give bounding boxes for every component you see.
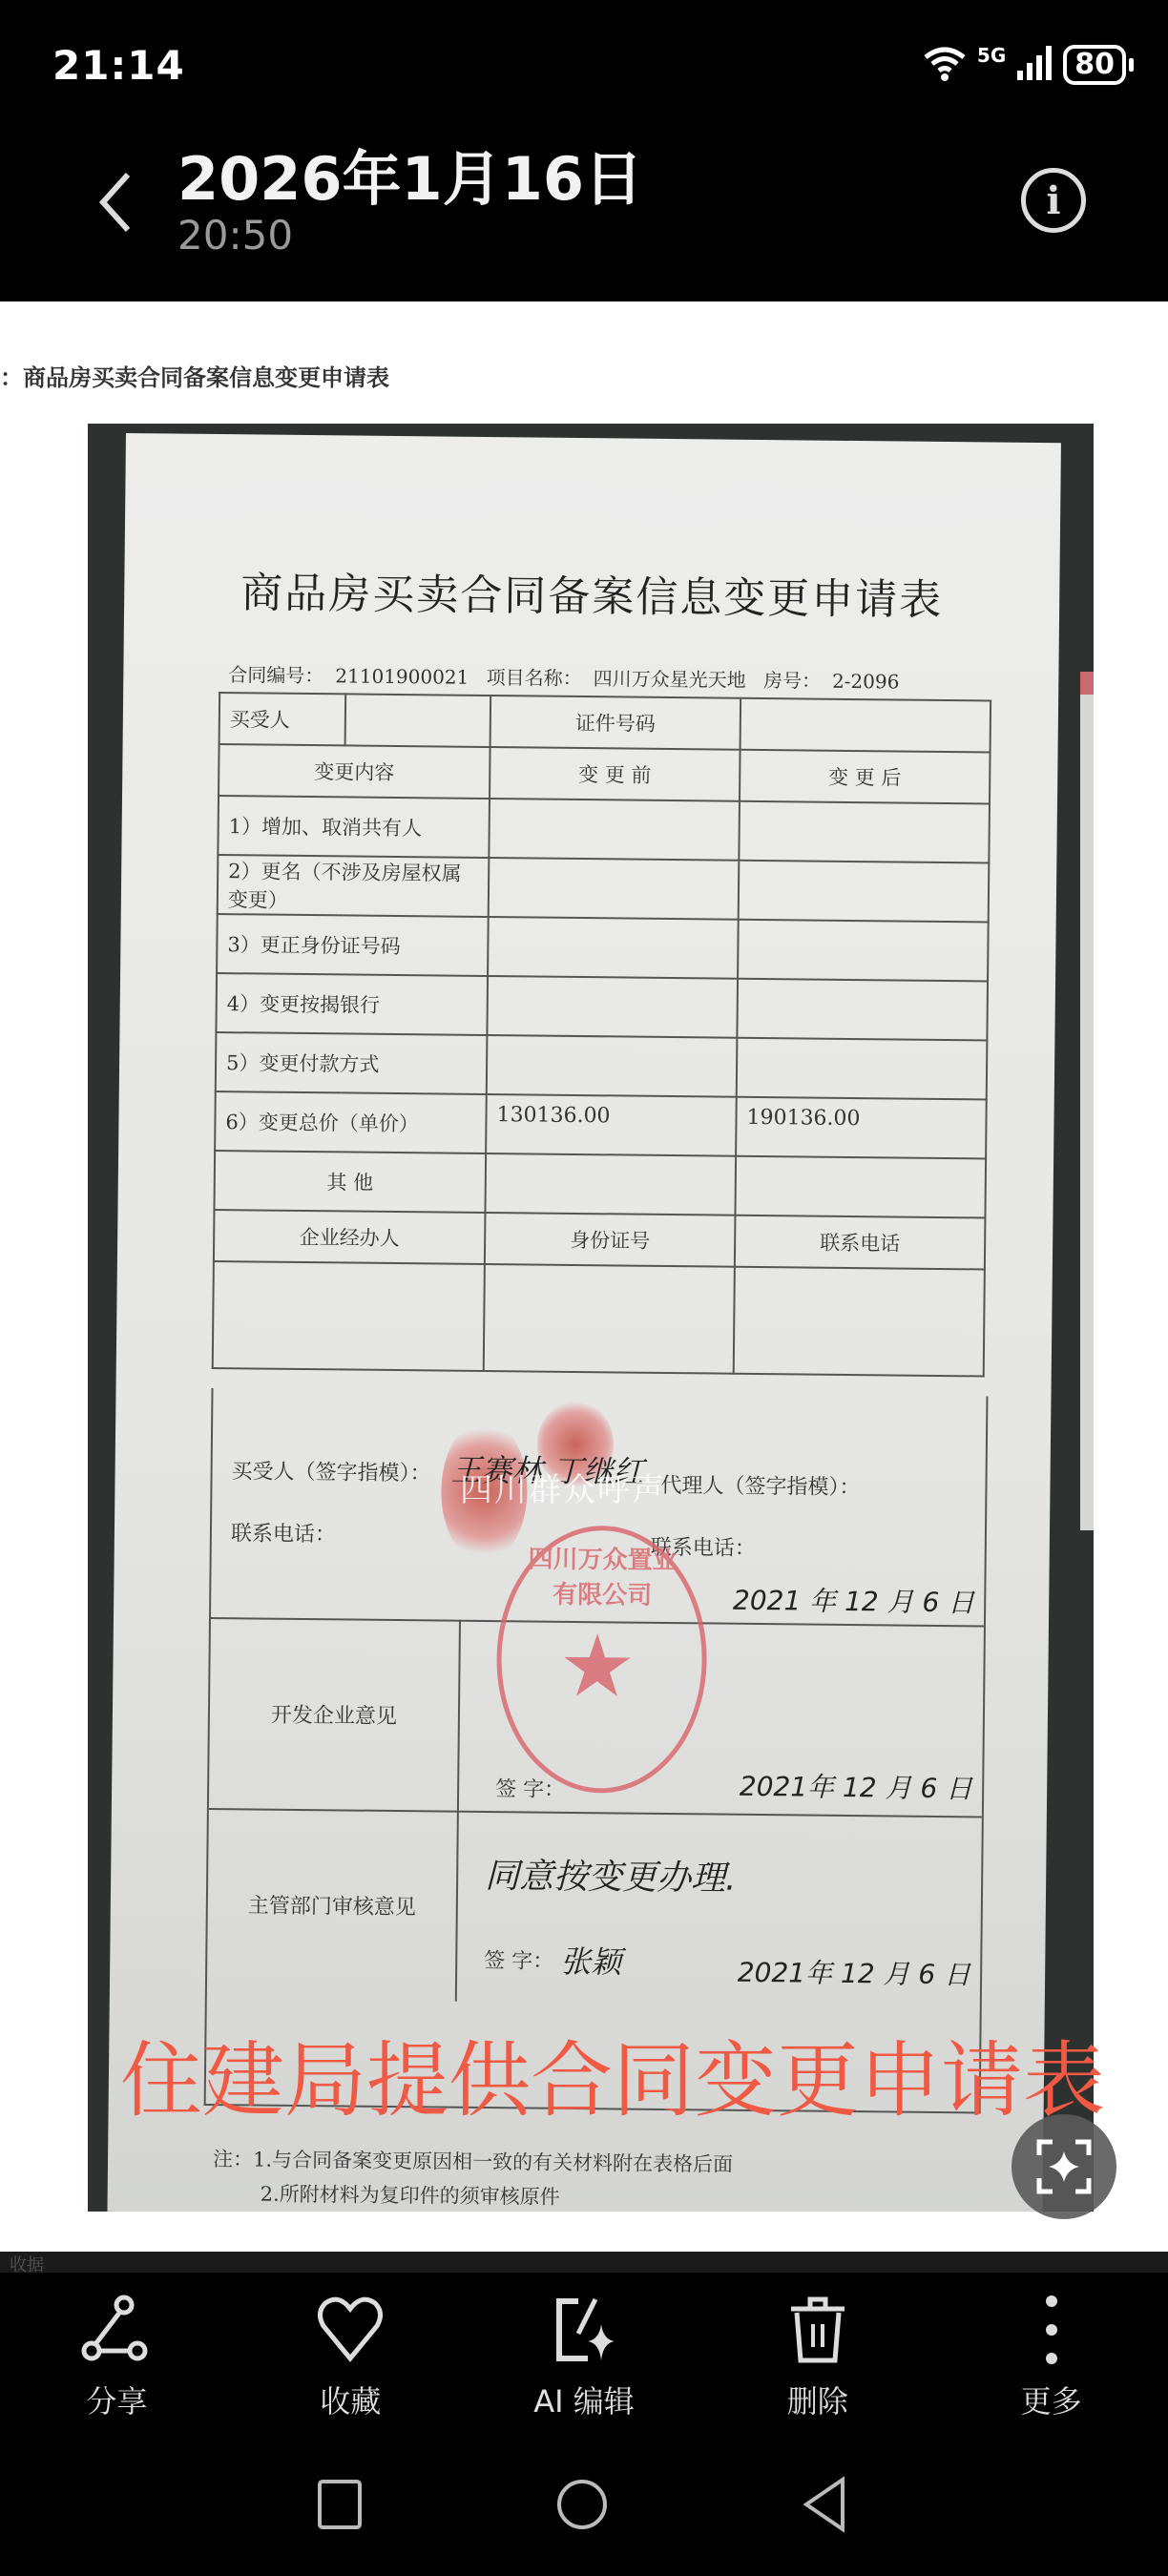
dept-opinion: 同意按变更办理. (485, 1849, 737, 1901)
circle-icon (555, 2478, 609, 2531)
image-viewer[interactable]: ：商品房买卖合同备案信息变更申请表 商品房买卖合同备案信息变更申请表 合同编号：… (0, 301, 1168, 2252)
value-after (738, 920, 989, 982)
chevron-left-icon (95, 169, 134, 236)
table-row: 4）变更按揭银行 (216, 973, 988, 1040)
more-button[interactable]: 更多 (934, 2273, 1168, 2435)
more-icon (1013, 2292, 1090, 2368)
change-item: 3）更正身份证号码 (217, 914, 489, 976)
buyer-sign-label: 买受人（签字指模）： (231, 1455, 430, 1486)
battery-indicator: 80 (1063, 45, 1126, 85)
developer-label: 开发企业意见 (209, 1617, 461, 1811)
strip-caption: 收据 (0, 2252, 1168, 2273)
buyer-phone-label: 联系电话： (231, 1517, 336, 1548)
table-row: 2）更名（不涉及房屋权属变更） (218, 855, 990, 922)
info-button[interactable]: i (1021, 168, 1086, 233)
value-after (735, 1156, 986, 1218)
wifi-icon (922, 44, 968, 86)
value-after (739, 801, 990, 863)
form-meta: 合同编号：21101900021 项目名称：四川万众星光天地 房号：2-2096 (228, 659, 910, 694)
change-item: 6）变更总价（单价） (215, 1091, 487, 1153)
trash-icon (780, 2292, 856, 2368)
dept-date: 2021年 12 月 6 日 (738, 1952, 971, 1993)
share-button[interactable]: 分享 (0, 2273, 234, 2435)
change-item: 4）变更按揭银行 (216, 973, 488, 1035)
value-before (487, 1035, 738, 1097)
note-1: 注：1.与合同备案变更原因相一致的有关材料附在表格后面 (213, 2142, 733, 2182)
agent-header: 企业经办人 (214, 1210, 486, 1264)
favorite-button[interactable]: 收藏 (234, 2273, 468, 2435)
form-title: 商品房买卖合同备案信息变更申请表 (124, 557, 1060, 628)
dept-signature: 张颖 (560, 1938, 621, 1983)
overlay-caption: 住建局提供合同变更申请表 (57, 2038, 1168, 2124)
project-name: 四川万众星光天地 (594, 667, 746, 692)
delete-label: 删除 (787, 2378, 848, 2421)
bottom-toolbar: 分享 收藏 AI 编辑 删除 更多 (0, 2273, 1168, 2435)
back-nav-button[interactable] (796, 2471, 853, 2538)
signal-icon (1015, 44, 1053, 86)
agent-phone-header: 联系电话 (735, 1215, 986, 1270)
delete-button[interactable]: 删除 (700, 2273, 934, 2435)
ai-edit-icon (546, 2292, 622, 2368)
agent-sign-label: 代理人（签字指模）： (660, 1469, 860, 1501)
id-label: 证件号码 (490, 696, 741, 750)
note-2: 2.所附材料为复印件的须审核原件 (212, 2176, 732, 2212)
ai-scan-icon (1033, 2136, 1095, 2197)
status-bar: 21:14 5G 80 (0, 0, 1168, 134)
header-after: 变 更 后 (740, 750, 991, 804)
home-button[interactable] (553, 2471, 611, 2538)
value-after: 190136.00 (736, 1097, 987, 1159)
triangle-back-icon (801, 2476, 848, 2533)
seal-text: 四川万众置业有限公司 (521, 1539, 684, 1611)
value-after (737, 979, 988, 1041)
value-after (739, 861, 990, 923)
change-item: 2）更名（不涉及房屋权属变更） (218, 855, 490, 917)
dept-label: 主管部门审核意见 (207, 1808, 459, 2002)
status-time: 21:14 (52, 42, 185, 89)
heart-icon (312, 2292, 388, 2368)
change-item: 5）变更付款方式 (216, 1032, 488, 1094)
back-button[interactable] (86, 155, 143, 250)
room-no: 2-2096 (832, 670, 900, 694)
status-icons: 5G 80 (922, 44, 1126, 86)
ai-edit-button[interactable]: AI 编辑 (468, 2273, 701, 2435)
header-change-item: 变更内容 (219, 744, 490, 799)
form-notes: 注：1.与合同备案变更原因相一致的有关材料附在表格后面 2.所附材料为复印件的须… (212, 2142, 733, 2212)
header-before: 变 更 前 (490, 747, 740, 801)
smart-recognition-button[interactable] (1012, 2114, 1116, 2219)
value-after (737, 1038, 988, 1100)
ai-edit-label: AI 编辑 (533, 2378, 635, 2421)
buyer-label: 买受人 (219, 693, 346, 745)
background-paper (1080, 672, 1094, 1530)
table-row: 1）增加、取消共有人 (218, 796, 990, 862)
change-item: 1）增加、取消共有人 (218, 796, 490, 858)
system-nav-bar (0, 2462, 1168, 2566)
table-row: 3）更正身份证号码 (217, 914, 989, 981)
value-before (488, 917, 739, 979)
change-form-table: 买受人 证件号码 变更内容 变 更 前 变 更 后 1）增加、取消共有人2）更名… (212, 692, 991, 1377)
favorite-label: 收藏 (320, 2378, 381, 2421)
contract-no-label: 合同编号： (228, 663, 323, 687)
value-before: 130136.00 (486, 1094, 737, 1156)
table-row: 6）变更总价（单价）130136.00190136.00 (215, 1091, 987, 1158)
dept-sign-label: 签 字： (484, 1944, 553, 1975)
value-before (489, 858, 740, 920)
dept-review-block: 主管部门审核意见 同意按变更办理. 签 字： 张颖 2021年 12 月 6 日 (207, 1808, 982, 2006)
value-before (489, 799, 740, 861)
more-label: 更多 (1021, 2378, 1082, 2421)
value-before (487, 976, 738, 1038)
document-photo: 商品房买卖合同备案信息变更申请表 合同编号：21101900021 项目名称：四… (88, 424, 1094, 2212)
watermark: 四川群众呼声 (460, 1464, 666, 1510)
network-type: 5G (977, 44, 1006, 67)
square-icon (316, 2478, 364, 2531)
buyer-date: 2021 年 12 月 6 日 (733, 1580, 975, 1621)
contract-no: 21101900021 (335, 664, 469, 688)
room-label: 房号： (763, 669, 821, 693)
table-row: 其 他 (214, 1151, 986, 1217)
share-icon (78, 2292, 155, 2368)
developer-date: 2021年 12 月 6 日 (740, 1766, 973, 1807)
form-paper: 商品房买卖合同备案信息变更申请表 合同编号：21101900021 项目名称：四… (107, 433, 1060, 2212)
photo-date-title: 2026年1月16日 (177, 132, 643, 217)
info-icon: i (1046, 178, 1060, 223)
share-label: 分享 (86, 2378, 147, 2421)
screenshot-caption: ：商品房买卖合同备案信息变更申请表 (0, 359, 389, 392)
value-before (485, 1153, 736, 1215)
recents-button[interactable] (311, 2471, 368, 2538)
table-row: 5）变更付款方式 (216, 1032, 988, 1099)
change-item: 其 他 (214, 1151, 486, 1213)
project-label: 项目名称： (487, 666, 582, 690)
star-icon: ★ (558, 1616, 636, 1717)
agent-id-header: 身份证号 (485, 1213, 736, 1267)
photo-time-subtitle: 20:50 (177, 212, 293, 259)
